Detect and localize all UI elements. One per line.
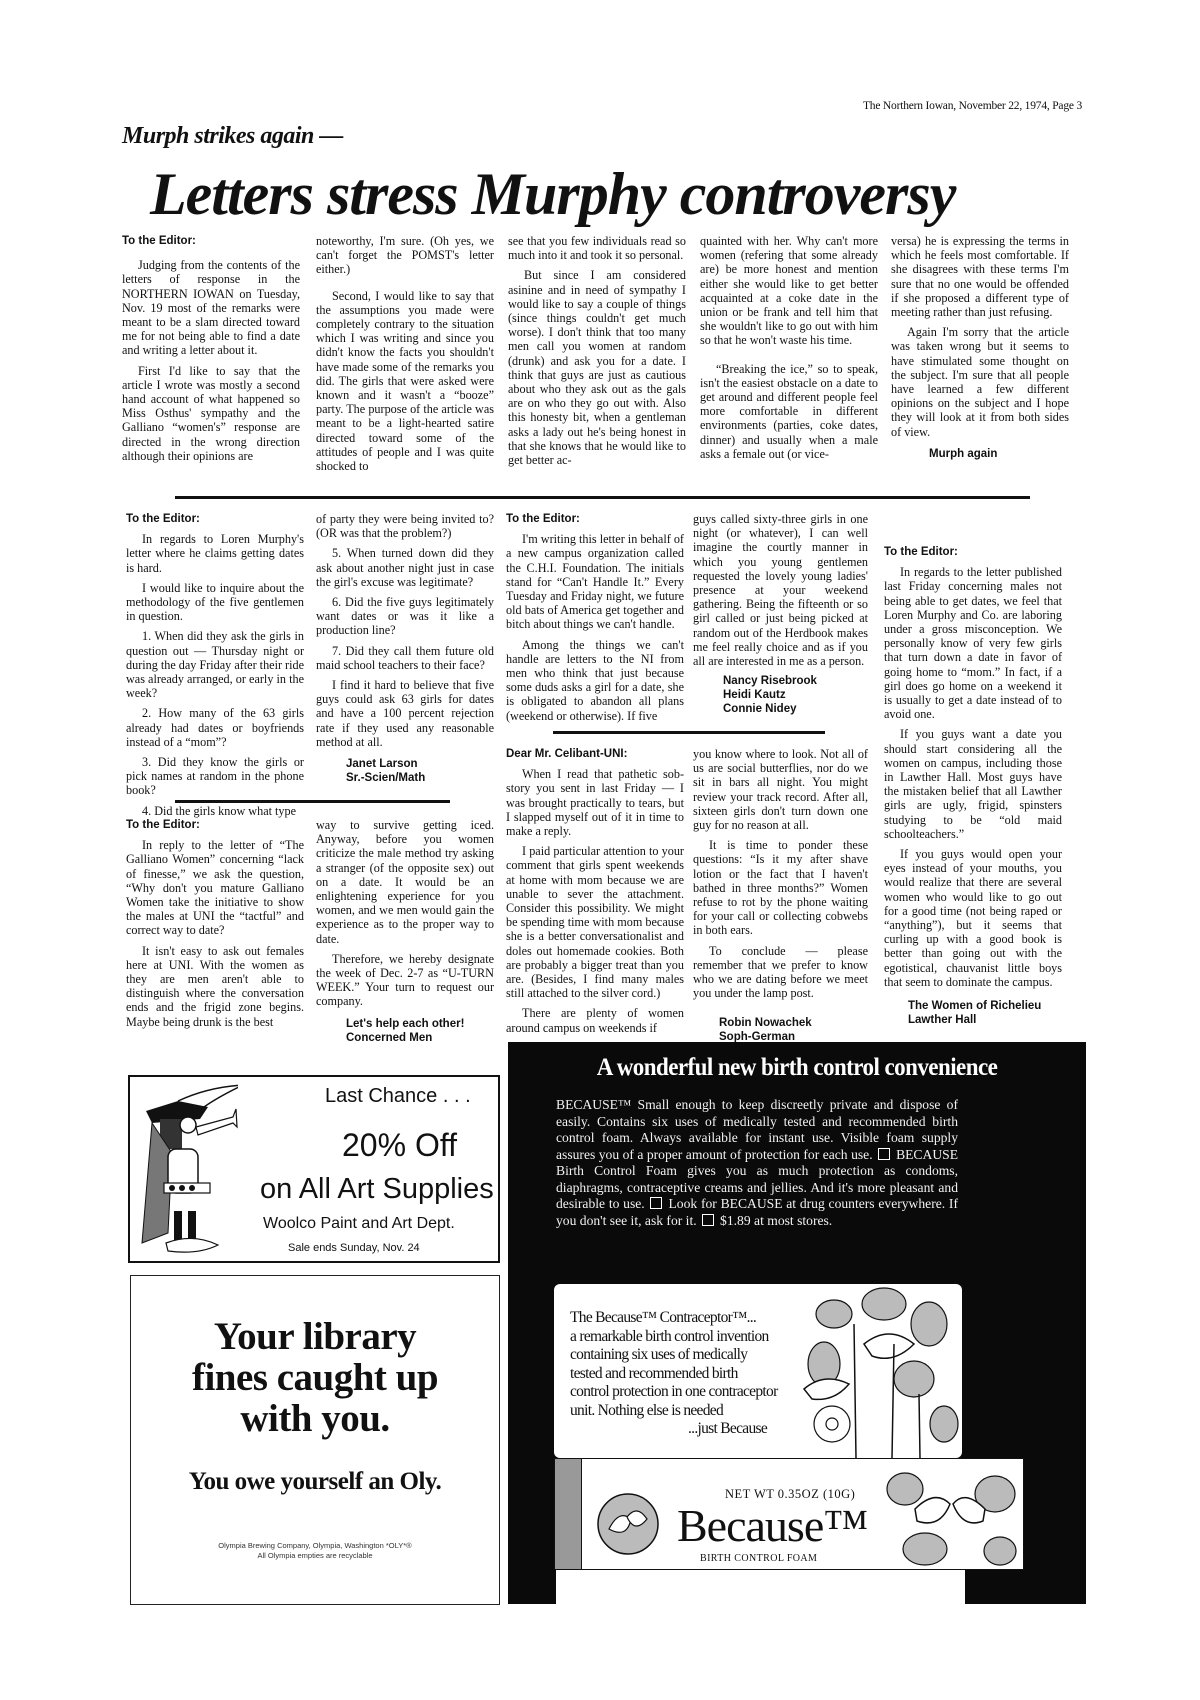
page-folio: The Northern Iowan, November 22, 1974, P… [820, 100, 1082, 112]
letter-murph-col-4: quainted with her. Why can't more women … [700, 234, 878, 467]
paragraph: I would like to inquire about the method… [126, 581, 304, 624]
card-line: ...just Because [570, 1420, 778, 1439]
bullet-box-icon [878, 1148, 890, 1160]
letter-murph-col-3: see that you few individuals read so muc… [508, 234, 686, 473]
paragraph: I'm writing this letter in behalf of a n… [506, 532, 684, 631]
paragraph: 5. When turned down did they ask about a… [316, 546, 494, 589]
paragraph: In reply to the letter of “The Galliano … [126, 838, 304, 937]
birds-and-flowers-icon [875, 1459, 1023, 1569]
paragraph: way to survive getting iced. Anyway, bef… [316, 818, 494, 946]
letter-salutation: To the Editor: [506, 512, 684, 526]
ad-line-store: Woolco Paint and Art Dept. [263, 1215, 455, 1233]
paragraph: guys called sixty-three girls in one nig… [693, 512, 868, 668]
card-line: containing six uses of medically [570, 1346, 778, 1365]
fine-print-line: All Olympia empties are recyclable [131, 1551, 499, 1561]
ad-line-sale-ends: Sale ends Sunday, Nov. 24 [288, 1242, 420, 1254]
olympia-beer-ad: Your library fines caught up with you. Y… [130, 1275, 500, 1605]
page-headline: Letters stress Murphy controversy [150, 160, 1090, 229]
paragraph: Therefore, we hereby designate the week … [316, 952, 494, 1009]
card-line: a remarkable birth control invention [570, 1328, 778, 1347]
letter-celibant-col-2: you know where to look. Not all of us ar… [693, 747, 868, 1044]
card-line: tested and recommended birth [570, 1365, 778, 1384]
paragraph: If you guys would open your eyes instead… [884, 847, 1062, 989]
paragraph: Second, I would like to say that the ass… [316, 289, 494, 474]
letter-larson-col-2: of party they were being invited to? (OR… [316, 512, 494, 785]
paragraph: There are plenty of women around campus … [506, 1006, 684, 1034]
letter-salutation: To the Editor: [122, 234, 300, 248]
paragraph: see that you few individuals read so muc… [508, 234, 686, 262]
paragraph: of party they were being invited to? (OR… [316, 512, 494, 540]
paragraph: If you guys want a date you should start… [884, 727, 1062, 841]
paragraph: you know where to look. Not all of us ar… [693, 747, 868, 832]
letter-salutation: Dear Mr. Celibant-UNI: [506, 747, 684, 761]
section-divider [175, 496, 1030, 499]
letter-salutation: To the Editor: [126, 512, 304, 526]
signature-affiliation: Lawther Hall [884, 1013, 1062, 1027]
ad-headline-line: with you. [131, 1398, 499, 1439]
signature-name: Nancy Risebrook [693, 674, 868, 688]
paragraph: 6. Did the five guys legitimately want d… [316, 595, 494, 638]
paragraph: 1. When did they ask the girls in questi… [126, 629, 304, 700]
signature-name: Heidi Kautz [693, 688, 868, 702]
card-line: unit. Nothing else is needed [570, 1402, 778, 1421]
product-type: BIRTH CONTROL FOAM [700, 1553, 817, 1564]
brand-name: Because™ [677, 1499, 867, 1552]
ad-line-last-chance: Last Chance . . . [325, 1085, 471, 1108]
art-supplies-ad: Last Chance . . . 20% Off on All Art Sup… [128, 1075, 500, 1263]
card-line: The Because™ Contraceptor™... [570, 1309, 778, 1328]
paragraph: In regards to the letter published last … [884, 565, 1062, 721]
signature-name: Janet Larson [316, 757, 494, 771]
letter-richelieu: To the Editor: In regards to the letter … [884, 545, 1062, 1027]
paragraph: “Breaking the ice,” so to speak, isn't t… [700, 362, 878, 461]
letter-larson-col-1: To the Editor: In regards to Loren Murph… [126, 512, 304, 824]
ad-line-discount: 20% Off [342, 1127, 457, 1164]
letter-chi-col-1: To the Editor: I'm writing this letter i… [506, 512, 684, 729]
letter-murph-col-2: noteworthy, I'm sure. (Oh yes, we can't … [316, 234, 494, 479]
letter-murph-col-5: versa) he is expressing the terms in whi… [891, 234, 1069, 461]
paragraph: To conclude — please remember that we pr… [693, 944, 868, 1001]
paragraph: Again I'm sorry that the article was tak… [891, 325, 1069, 439]
ad-headline-line: fines caught up [131, 1357, 499, 1398]
signature-name: Connie Nidey [693, 702, 868, 716]
letter-concerned-men-col-1: To the Editor: In reply to the letter of… [126, 818, 304, 1035]
ad-body-copy: BECAUSE™ Small enough to keep discreetly… [556, 1097, 958, 1229]
flowers-and-birds-icon [794, 1284, 962, 1458]
paragraph: 2. How many of the 63 girls already had … [126, 706, 304, 749]
ad-fine-print: Olympia Brewing Company, Olympia, Washin… [131, 1541, 499, 1561]
paragraph: It is time to ponder these questions: “I… [693, 838, 868, 937]
lovebirds-logo-icon [589, 1489, 667, 1559]
ad-line-art-supplies: on All Art Supplies [260, 1173, 494, 1206]
product-display-card: The Because™ Contraceptor™... a remarkab… [554, 1284, 962, 1458]
paragraph: noteworthy, I'm sure. (Oh yes, we can't … [316, 234, 494, 277]
section-divider [553, 731, 825, 734]
paragraph: 7. Did they call them future old maid sc… [316, 644, 494, 672]
signature: Murph again [891, 447, 1069, 461]
ad-tagline: You owe yourself an Oly. [131, 1468, 499, 1496]
signature-affiliation: Sr.-Scien/Math [316, 771, 494, 785]
letter-salutation: To the Editor: [126, 818, 304, 832]
signature-name: Concerned Men [316, 1031, 494, 1045]
paragraph: 4. Did the girls know what type [126, 804, 304, 818]
letter-salutation: To the Editor: [884, 545, 1062, 559]
paragraph: Among the things we can't handle are let… [506, 638, 684, 723]
card-line: control protection in one contraceptor [570, 1383, 778, 1402]
bullet-box-icon [650, 1197, 662, 1209]
paragraph: It isn't easy to ask out females here at… [126, 944, 304, 1029]
bullet-box-icon [702, 1214, 714, 1226]
copy-text: $1.89 at most stores. [720, 1213, 832, 1228]
paragraph: But since I am considered asinine and in… [508, 268, 686, 467]
product-card-text: The Because™ Contraceptor™... a remarkab… [570, 1309, 778, 1439]
ad-headline: A wonderful new birth control convenienc… [531, 1054, 1063, 1082]
signature-name: Robin Nowachek [693, 1016, 868, 1030]
box-side-panel [555, 1459, 582, 1569]
paragraph: Judging from the contents of the letters… [122, 258, 300, 357]
herald-trumpeter-icon [138, 1083, 238, 1258]
signature-line: Let's help each other! [316, 1017, 494, 1031]
product-box: NET WT 0.35OZ (10G) Because™ BIRTH CONTR… [554, 1458, 1024, 1570]
paragraph: versa) he is expressing the terms in whi… [891, 234, 1069, 319]
paragraph: When I read that pathetic sob-story you … [506, 767, 684, 838]
signature-name: The Women of Richelieu [884, 999, 1062, 1013]
paragraph: I find it hard to believe that five guys… [316, 678, 494, 749]
letter-murph-col-1: To the Editor: Judging from the contents… [122, 234, 300, 469]
fine-print-line: Olympia Brewing Company, Olympia, Washin… [131, 1541, 499, 1551]
ad-headline-line: Your library [131, 1316, 499, 1357]
paragraph: In regards to Loren Murphy's letter wher… [126, 532, 304, 575]
paragraph: 3. Did they know the girls or pick names… [126, 755, 304, 798]
section-divider [175, 800, 450, 803]
ad-headline: Your library fines caught up with you. [131, 1316, 499, 1439]
letter-celibant-col-1: Dear Mr. Celibant-UNI: When I read that … [506, 747, 684, 1041]
paragraph: I paid particular attention to your comm… [506, 844, 684, 1000]
letter-concerned-men-col-2: way to survive getting iced. Anyway, bef… [316, 818, 494, 1045]
paragraph: First I'd like to say that the article I… [122, 364, 300, 463]
letter-chi-col-2: guys called sixty-three girls in one nig… [693, 512, 868, 716]
kicker: Murph strikes again — [122, 123, 343, 150]
paragraph: quainted with her. Why can't more women … [700, 234, 878, 348]
